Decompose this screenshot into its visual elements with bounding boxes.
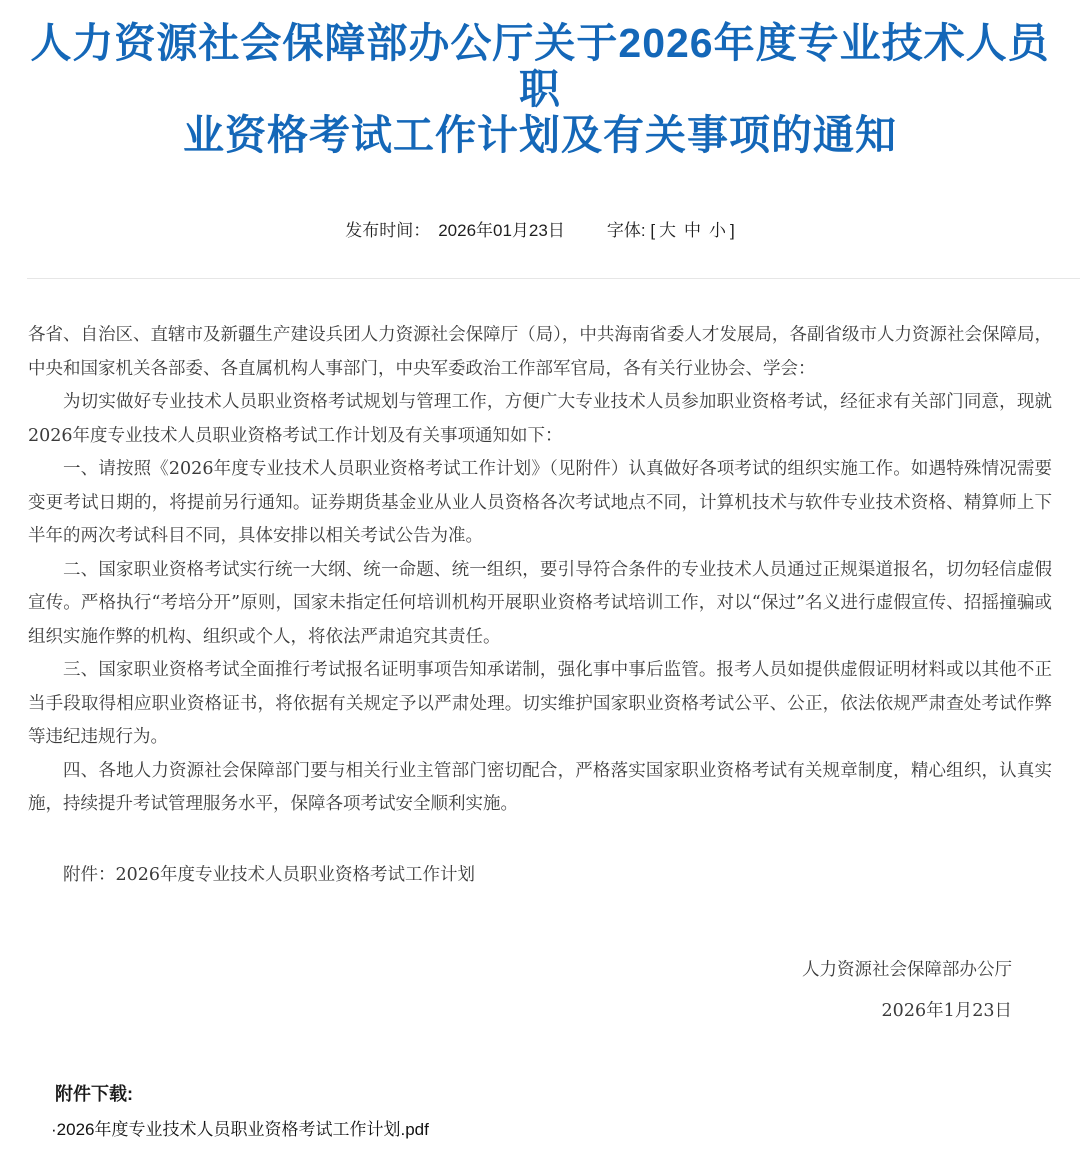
paragraph-item-4: 四、各地人力资源社会保障部门要与相关行业主管部门密切配合，严格落实国家职业资格考… bbox=[28, 755, 1052, 822]
page-title-line1: 人力资源社会保障部办公厅关于2026年度专业技术人员职 bbox=[25, 20, 1055, 112]
page-title: 人力资源社会保障部办公厅关于2026年度专业技术人员职 业资格考试工作计划及有关… bbox=[25, 20, 1055, 158]
font-size-control: 字体: [大中小] bbox=[607, 221, 735, 240]
font-size-small[interactable]: 小 bbox=[709, 221, 726, 240]
attachment-reference: 附件：2026年度专业技术人员职业资格考试工作计划 bbox=[28, 859, 1052, 893]
notice-page: 人力资源社会保障部办公厅关于2026年度专业技术人员职 业资格考试工作计划及有关… bbox=[0, 20, 1080, 1140]
publish-time-label: 发布时间： bbox=[345, 221, 430, 240]
font-size-large[interactable]: 大 bbox=[659, 221, 676, 240]
publish-date: 2026年01月23日 bbox=[438, 221, 565, 240]
notice-body: 各省、自治区、直辖市及新疆生产建设兵团人力资源社会保障厅（局），中共海南省委人才… bbox=[28, 279, 1052, 1028]
paragraph-item-3: 三、国家职业资格考试全面推行考试报名证明事项告知承诺制，强化事中事后监管。报考人… bbox=[28, 654, 1052, 755]
paragraph-item-2: 二、国家职业资格考试实行统一大纲、统一命题、统一组织，要引导符合条件的专业技术人… bbox=[28, 554, 1052, 655]
paragraph-item-1: 一、请按照《2026年度专业技术人员职业资格考试工作计划》（见附件）认真做好各项… bbox=[28, 453, 1052, 554]
attachment-download-label: 附件下载: bbox=[55, 1080, 1080, 1106]
signature-date: 2026年1月23日 bbox=[28, 995, 1012, 1029]
font-bracket-close: ] bbox=[730, 221, 735, 240]
attachment-pdf-link[interactable]: ·2026年度专业技术人员职业资格考试工作计划.pdf bbox=[51, 1115, 429, 1140]
font-size-label: 字体: bbox=[607, 221, 646, 240]
meta-bar: 发布时间：2026年01月23日字体: [大中小] bbox=[0, 216, 1080, 241]
signature-block: 人力资源社会保障部办公厅 2026年1月23日 bbox=[28, 954, 1052, 1028]
attachment-download-section: 附件下载: ·2026年度专业技术人员职业资格考试工作计划.pdf bbox=[55, 1080, 1080, 1140]
paragraph-intro: 为切实做好专业技术人员职业资格考试规划与管理工作，方便广大专业技术人员参加职业资… bbox=[28, 386, 1052, 453]
paragraph-salutation: 各省、自治区、直辖市及新疆生产建设兵团人力资源社会保障厅（局），中共海南省委人才… bbox=[28, 319, 1052, 386]
font-bracket-open: [ bbox=[650, 221, 655, 240]
font-size-medium[interactable]: 中 bbox=[684, 221, 701, 240]
signature-org: 人力资源社会保障部办公厅 bbox=[28, 954, 1012, 988]
page-title-line2: 业资格考试工作计划及有关事项的通知 bbox=[25, 112, 1055, 158]
